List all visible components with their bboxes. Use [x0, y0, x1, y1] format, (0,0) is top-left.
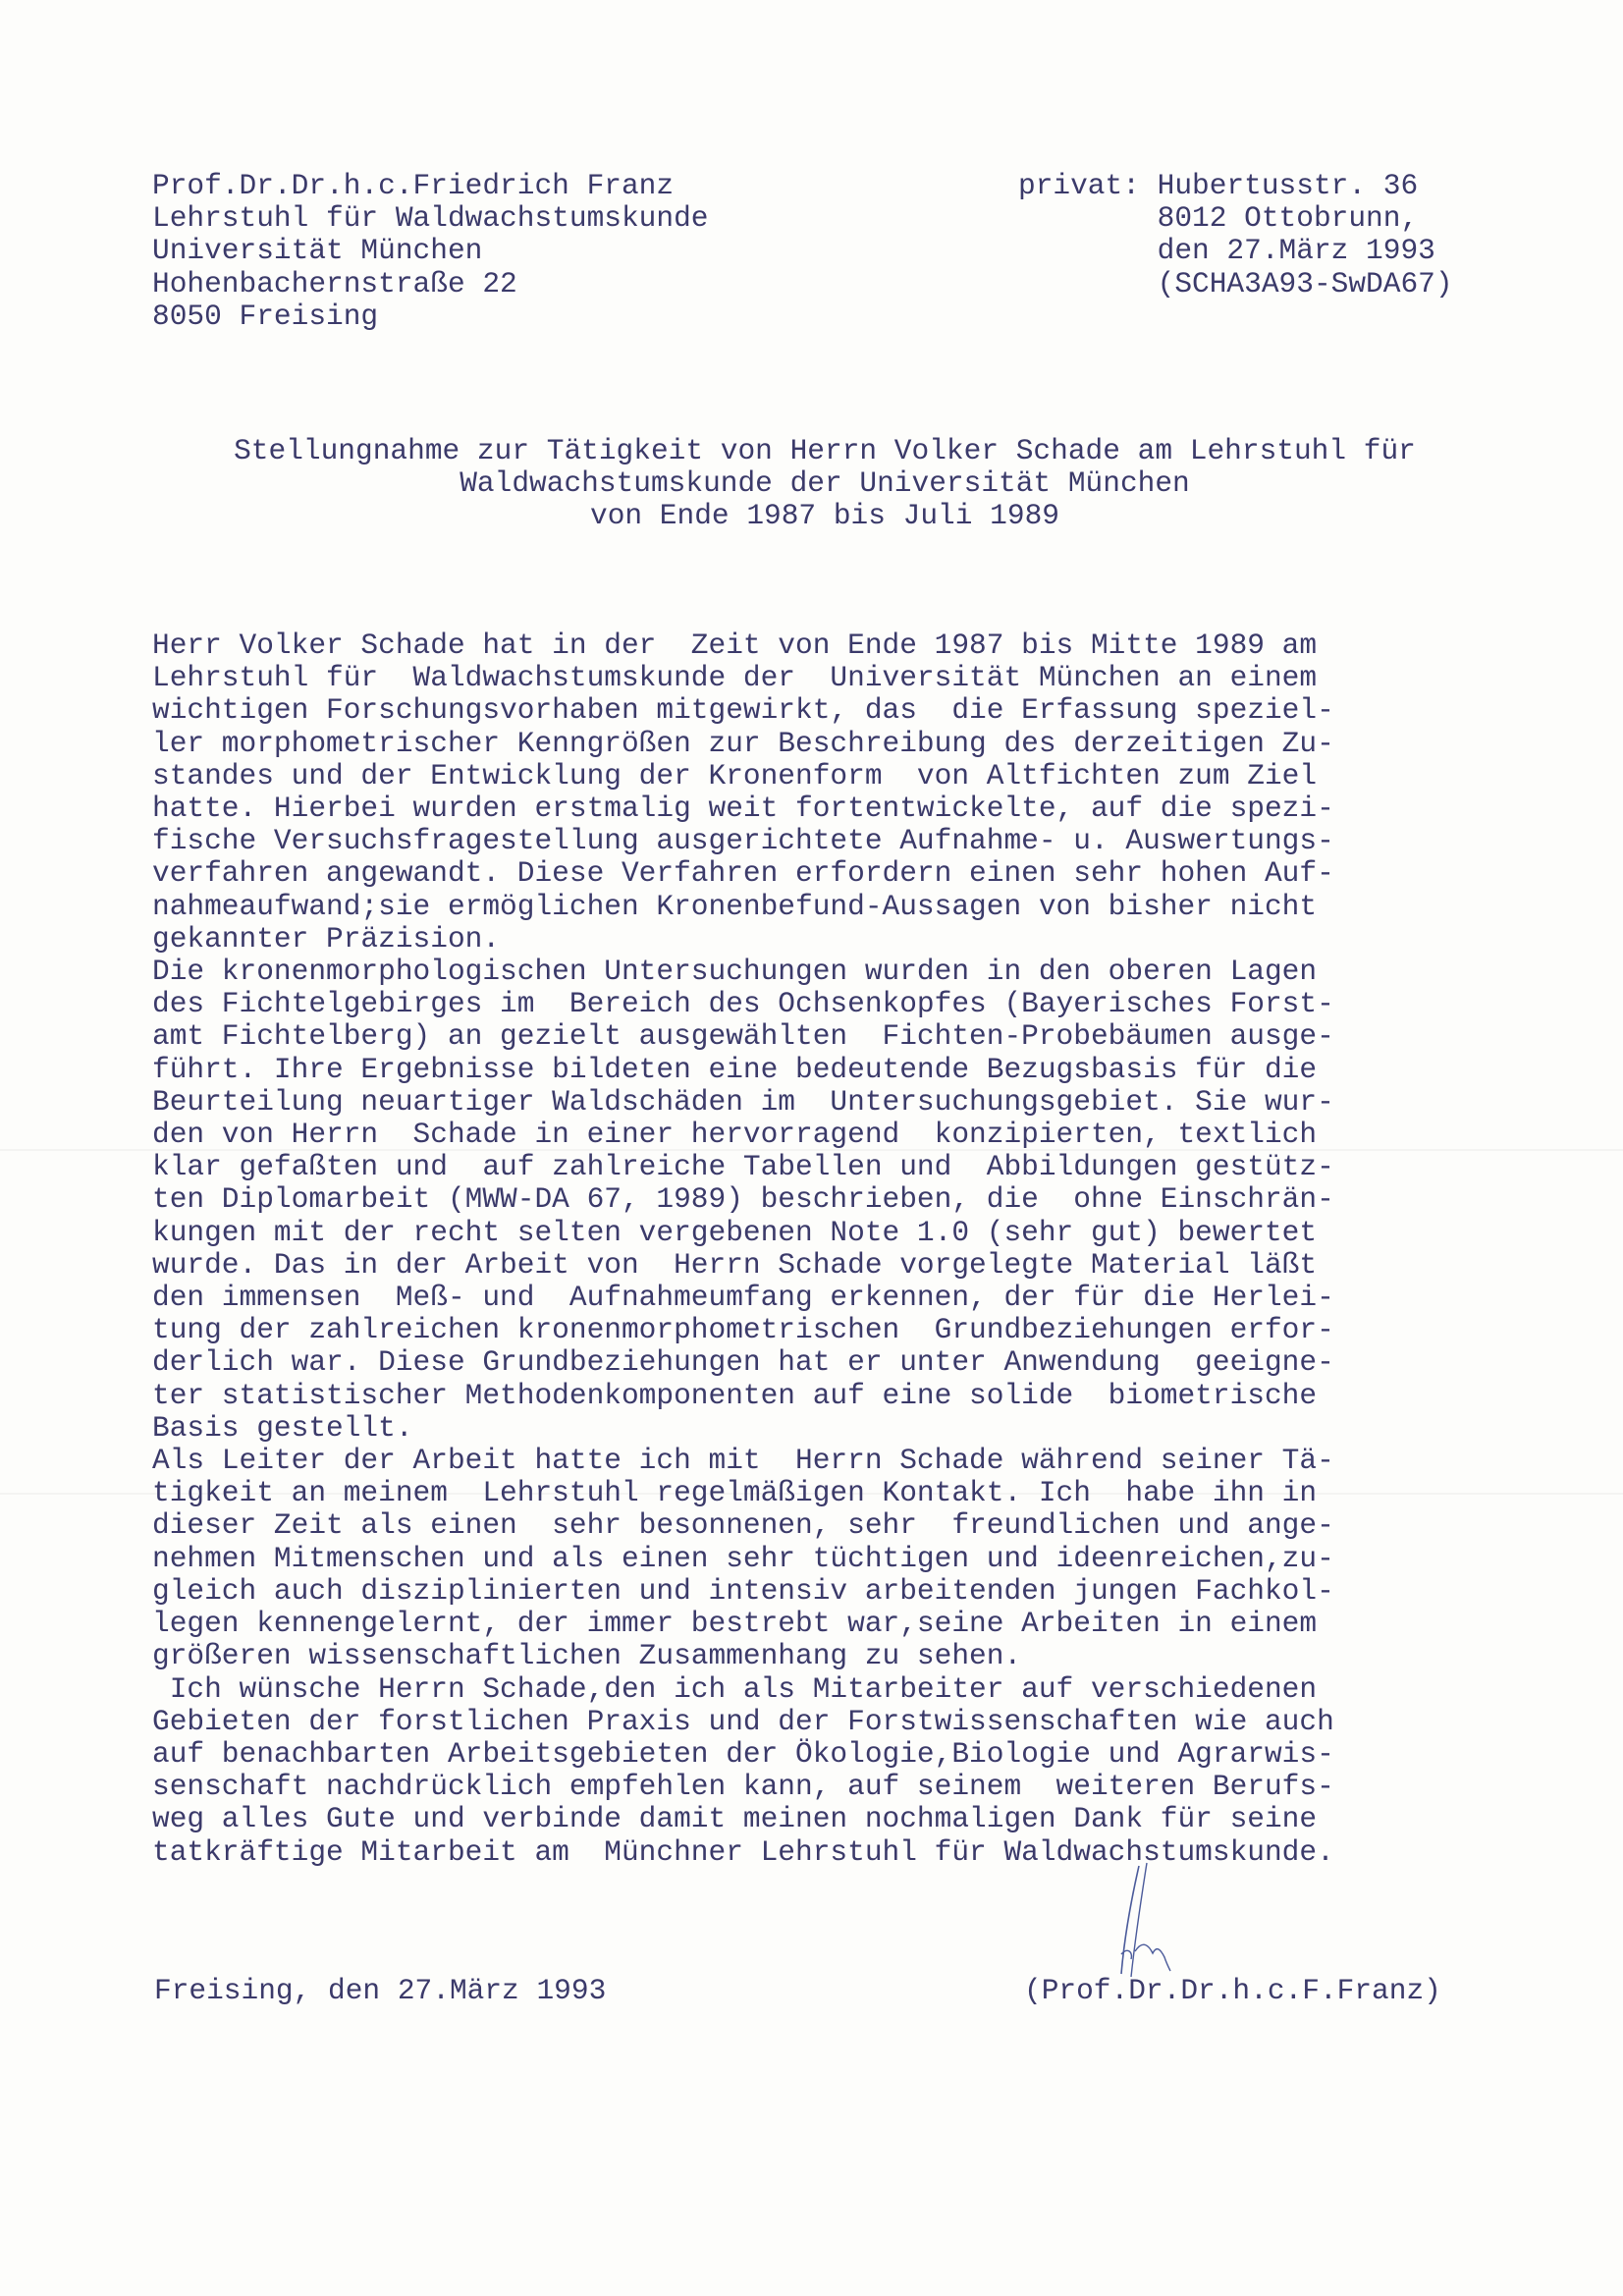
body-line: ten Diplomarbeit (MWW-DA 67, 1989) besch…	[152, 1183, 1334, 1216]
body-line: klar gefaßten und auf zahlreiche Tabelle…	[152, 1151, 1334, 1183]
body-line: gekannter Präzision.	[152, 923, 1334, 956]
body-line: tigkeit an meinem Lehrstuhl regelmäßigen…	[152, 1477, 1334, 1509]
sender-line: Lehrstuhl für Waldwachstumskunde	[152, 202, 709, 235]
body-line: ler morphometrischer Kenngrößen zur Besc…	[152, 728, 1334, 760]
body-line: standes und der Entwicklung der Kronenfo…	[152, 760, 1334, 793]
body-line: ter statistischer Methodenkomponenten au…	[152, 1380, 1334, 1412]
body-line: auf benachbarten Arbeitsgebieten der Öko…	[152, 1738, 1334, 1771]
private-address-line: den 27.März 1993	[1018, 235, 1453, 267]
body-line: legen kennengelernt, der immer bestrebt …	[152, 1608, 1334, 1640]
body-line: Beurteilung neuartiger Waldschäden im Un…	[152, 1086, 1334, 1119]
body-line: Herr Volker Schade hat in der Zeit von E…	[152, 629, 1334, 662]
body-line: nahmeaufwand;sie ermöglichen Kronenbefun…	[152, 891, 1334, 923]
body-line: derlich war. Diese Grundbeziehungen hat …	[152, 1346, 1334, 1379]
place-date: Freising, den 27.März 1993	[154, 1974, 606, 2007]
body-line: des Fichtelgebirges im Bereich des Ochse…	[152, 988, 1334, 1020]
body-line: Ich wünsche Herrn Schade,den ich als Mit…	[152, 1673, 1334, 1706]
body-line: wurde. Das in der Arbeit von Herrn Schad…	[152, 1249, 1334, 1282]
subject-line: von Ende 1987 bis Juli 1989	[147, 500, 1502, 532]
body-line: Als Leiter der Arbeit hatte ich mit Herr…	[152, 1445, 1334, 1477]
body-line: den von Herrn Schade in einer hervorrage…	[152, 1119, 1334, 1151]
body-line: gleich auch disziplinierten und intensiv…	[152, 1575, 1334, 1608]
signature-icon	[1109, 1861, 1227, 1979]
letter-body: Herr Volker Schade hat in der Zeit von E…	[152, 629, 1334, 1869]
private-address-line: 8012 Ottobrunn,	[1018, 202, 1453, 235]
body-line: hatte. Hierbei wurden erstmalig weit for…	[152, 793, 1334, 825]
letter-page: Prof.Dr.Dr.h.c.Friedrich FranzLehrstuhl …	[0, 0, 1623, 2296]
body-line: kungen mit der recht selten vergebenen N…	[152, 1217, 1334, 1249]
body-line: Die kronenmorphologischen Untersuchungen…	[152, 956, 1334, 988]
body-line: Gebieten der forstlichen Praxis und der …	[152, 1706, 1334, 1738]
subject-line: Stellungnahme zur Tätigkeit von Herrn Vo…	[147, 435, 1502, 467]
private-address-line: privat: Hubertusstr. 36	[1018, 170, 1453, 202]
body-line: größeren wissenschaftlichen Zusammenhang…	[152, 1640, 1334, 1672]
body-line: amt Fichtelberg) an gezielt ausgewählten…	[152, 1020, 1334, 1053]
private-address: privat: Hubertusstr. 36 8012 Ottobrunn, …	[1018, 170, 1453, 301]
sender-line: 8050 Freising	[152, 301, 709, 333]
body-line: nehmen Mitmenschen und als einen sehr tü…	[152, 1543, 1334, 1575]
body-line: Basis gestellt.	[152, 1412, 1334, 1445]
signature-name: (Prof.Dr.Dr.h.c.F.Franz)	[1024, 1974, 1441, 2007]
body-line: Lehrstuhl für Waldwachstumskunde der Uni…	[152, 662, 1334, 694]
sender-address: Prof.Dr.Dr.h.c.Friedrich FranzLehrstuhl …	[152, 170, 709, 333]
subject-line: Waldwachstumskunde der Universität Münch…	[147, 467, 1502, 500]
sender-line: Universität München	[152, 235, 709, 267]
sender-line: Prof.Dr.Dr.h.c.Friedrich Franz	[152, 170, 709, 202]
body-line: fische Versuchsfragestellung ausgerichte…	[152, 825, 1334, 857]
private-address-line: (SCHA3A93-SwDA67)	[1018, 268, 1453, 301]
sender-line: Hohenbachernstraße 22	[152, 268, 709, 301]
body-line: dieser Zeit als einen sehr besonnenen, s…	[152, 1509, 1334, 1542]
body-line: senschaft nachdrücklich empfehlen kann, …	[152, 1771, 1334, 1803]
body-line: verfahren angewandt. Diese Verfahren erf…	[152, 857, 1334, 890]
body-line: weg alles Gute und verbinde damit meinen…	[152, 1803, 1334, 1835]
body-line: wichtigen Forschungsvorhaben mitgewirkt,…	[152, 694, 1334, 727]
body-line: führt. Ihre Ergebnisse bildeten eine bed…	[152, 1054, 1334, 1086]
body-line: tung der zahlreichen kronenmorphometrisc…	[152, 1314, 1334, 1346]
letter-subject: Stellungnahme zur Tätigkeit von Herrn Vo…	[147, 435, 1502, 533]
body-line: den immensen Meß- und Aufnahmeumfang erk…	[152, 1282, 1334, 1314]
